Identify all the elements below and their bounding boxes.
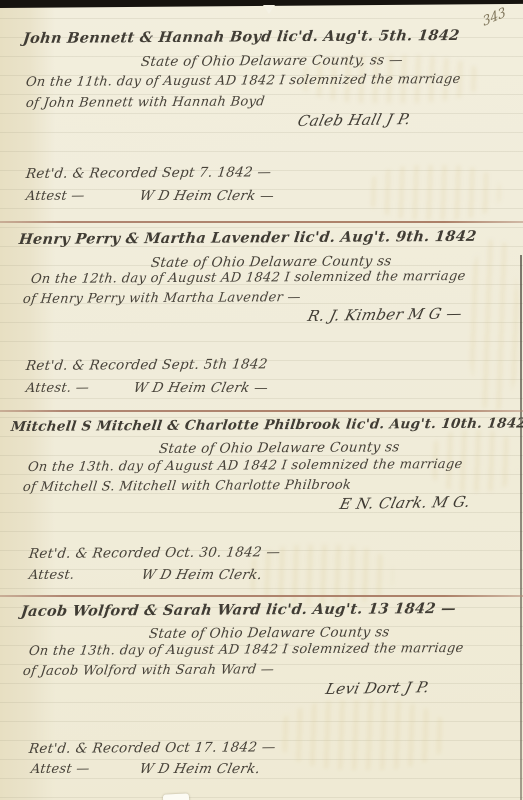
- recorded-line: Ret'd. & Recorded Oct 17. 1842 —: [28, 739, 277, 757]
- clerk-signature: W D Heim Clerk.: [140, 567, 264, 583]
- paper-fragment: [163, 793, 189, 800]
- solemnization-line: On the 12th. day of August AD 1842 I sol…: [30, 269, 466, 287]
- attest-label: Attest.: [28, 568, 75, 583]
- clerk-signature: W D Heim Clerk.: [138, 761, 262, 777]
- recorded-line: Ret'd. & Recorded Oct. 30. 1842 —: [28, 544, 281, 562]
- jurisdiction-line: State of Ohio Delaware County, ss —: [140, 52, 404, 70]
- bleedthrough-artifact: [368, 165, 500, 220]
- entry-header: Mitchell S Mitchell & Charlotte Philbroo…: [10, 415, 523, 435]
- clerk-signature: W D Heim Clerk —: [132, 380, 270, 396]
- couple-line: of Henry Perry with Martha Lavender —: [22, 290, 302, 307]
- jurisdiction-line: State of Ohio Delaware County ss: [150, 253, 393, 271]
- entry-header: Jacob Wolford & Sarah Ward lic'd. Aug't.…: [20, 600, 457, 620]
- entry-header: John Bennett & Hannah Boyd lic'd. Aug't.…: [22, 27, 461, 47]
- couple-line: of Mitchell S. Mitchell with Charlotte P…: [22, 478, 352, 495]
- bleedthrough-artifact: [280, 700, 445, 770]
- jurisdiction-line: State of Ohio Delaware County ss: [148, 624, 391, 642]
- solemnization-line: On the 13th. day of August AD 1842 I sol…: [28, 641, 464, 659]
- officiant-signature: Caleb Hall J P.: [296, 110, 413, 130]
- attest-label: Attest —: [30, 762, 91, 777]
- page-edge-notch: [263, 5, 275, 14]
- recorded-line: Ret'd. & Recorded Sept 7. 1842 —: [25, 164, 272, 182]
- page-right-edge: [520, 255, 522, 800]
- ledger-page: 343 John Bennett & Hannah Boyd lic'd. Au…: [0, 0, 523, 800]
- scan-edge-top: [0, 0, 523, 8]
- clerk-signature: W D Heim Clerk —: [138, 188, 276, 204]
- attest-label: Attest —: [25, 189, 86, 204]
- bleedthrough-artifact: [470, 240, 518, 410]
- solemnization-line: On the 13th. day of August AD 1842 I sol…: [27, 457, 463, 475]
- entry-header: Henry Perry & Martha Lavender lic'd. Aug…: [18, 228, 478, 248]
- entry-separator: [0, 410, 523, 412]
- page-number: 343: [482, 5, 508, 30]
- couple-line: of John Bennett with Hannah Boyd: [25, 94, 266, 111]
- entry-separator: [0, 595, 523, 597]
- officiant-signature: Levi Dort J P.: [324, 678, 431, 698]
- recorded-line: Ret'd. & Recorded Sept. 5th 1842: [25, 356, 269, 374]
- couple-line: of Jacob Wolford with Sarah Ward —: [22, 662, 275, 679]
- officiant-signature: E N. Clark. M G.: [338, 493, 472, 513]
- entry-separator: [0, 221, 523, 223]
- jurisdiction-line: State of Ohio Delaware County ss: [158, 439, 401, 457]
- attest-label: Attest. —: [25, 381, 90, 396]
- officiant-signature: R. J. Kimber M G —: [306, 304, 464, 325]
- solemnization-line: On the 11th. day of August AD 1842 I sol…: [25, 72, 461, 90]
